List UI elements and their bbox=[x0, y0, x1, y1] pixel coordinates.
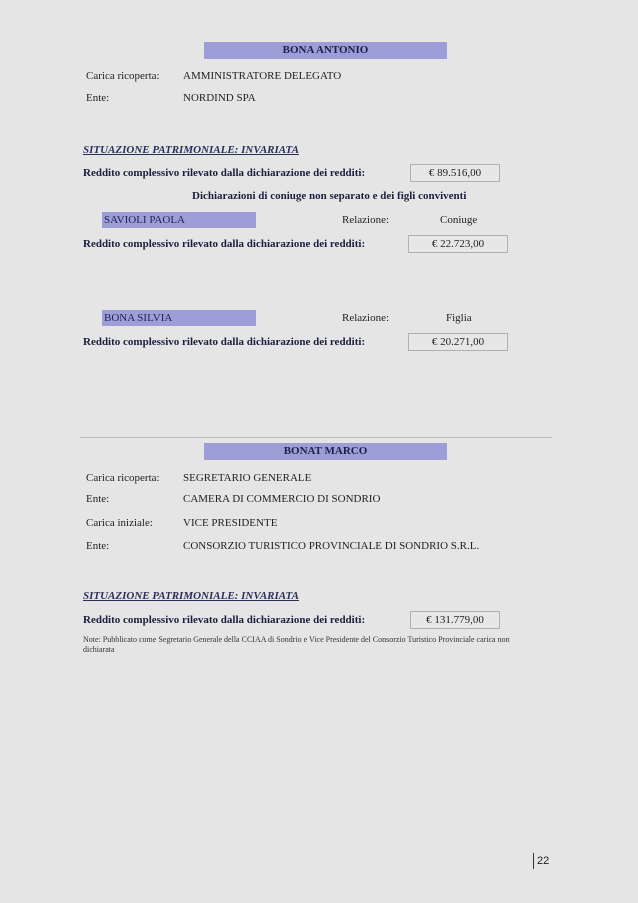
income-label: Reddito complessivo rilevato dalla dichi… bbox=[83, 614, 365, 626]
initial-role-label: Carica iniziale: bbox=[86, 517, 153, 529]
situation-title: SITUAZIONE PATRIMONIALE: INVARIATA bbox=[83, 144, 299, 156]
role-label: Carica ricoperta: bbox=[86, 472, 160, 484]
income-label: Reddito complessivo rilevato dalla dichi… bbox=[83, 167, 365, 179]
entity-value: NORDIND SPA bbox=[183, 92, 256, 104]
page-number: 22 bbox=[537, 855, 549, 867]
page-number-bar bbox=[533, 853, 534, 869]
family-member-name: BONA SILVIA bbox=[102, 310, 256, 326]
note-text: Note: Pubblicato come Segretario General… bbox=[83, 635, 543, 655]
relation-label: Relazione: bbox=[342, 312, 389, 324]
entity-label: Ente: bbox=[86, 92, 109, 104]
income-amount-box: € 131.779,00 bbox=[410, 611, 500, 629]
income-amount-box: € 89.516,00 bbox=[410, 164, 500, 182]
role-value: SEGRETARIO GENERALE bbox=[183, 472, 311, 484]
role-label: Carica ricoperta: bbox=[86, 70, 160, 82]
person-name-header: BONA ANTONIO bbox=[204, 42, 447, 59]
entity-label: Ente: bbox=[86, 493, 109, 505]
initial-role-value: VICE PRESIDENTE bbox=[183, 517, 277, 529]
family-member-name: SAVIOLI PAOLA bbox=[102, 212, 256, 228]
family-income-amount-box: € 22.723,00 bbox=[408, 235, 508, 253]
relation-value: Coniuge bbox=[440, 214, 477, 226]
entity-value: CAMERA DI COMMERCIO DI SONDRIO bbox=[183, 493, 380, 505]
entity-value: CONSORZIO TURISTICO PROVINCIALE DI SONDR… bbox=[183, 540, 479, 552]
relation-value: Figlia bbox=[446, 312, 472, 324]
family-income-label: Reddito complessivo rilevato dalla dichi… bbox=[83, 336, 365, 348]
person-name-header: BONAT MARCO bbox=[204, 443, 447, 460]
document-page: BONA ANTONIO Carica ricoperta: AMMINISTR… bbox=[0, 0, 638, 903]
family-income-label: Reddito complessivo rilevato dalla dichi… bbox=[83, 238, 365, 250]
relation-label: Relazione: bbox=[342, 214, 389, 226]
situation-title: SITUAZIONE PATRIMONIALE: INVARIATA bbox=[83, 590, 299, 602]
role-value: AMMINISTRATORE DELEGATO bbox=[183, 70, 341, 82]
family-section-header: Dichiarazioni di coniuge non separato e … bbox=[192, 190, 466, 202]
section-divider bbox=[80, 437, 552, 438]
family-income-amount-box: € 20.271,00 bbox=[408, 333, 508, 351]
entity-label: Ente: bbox=[86, 540, 109, 552]
